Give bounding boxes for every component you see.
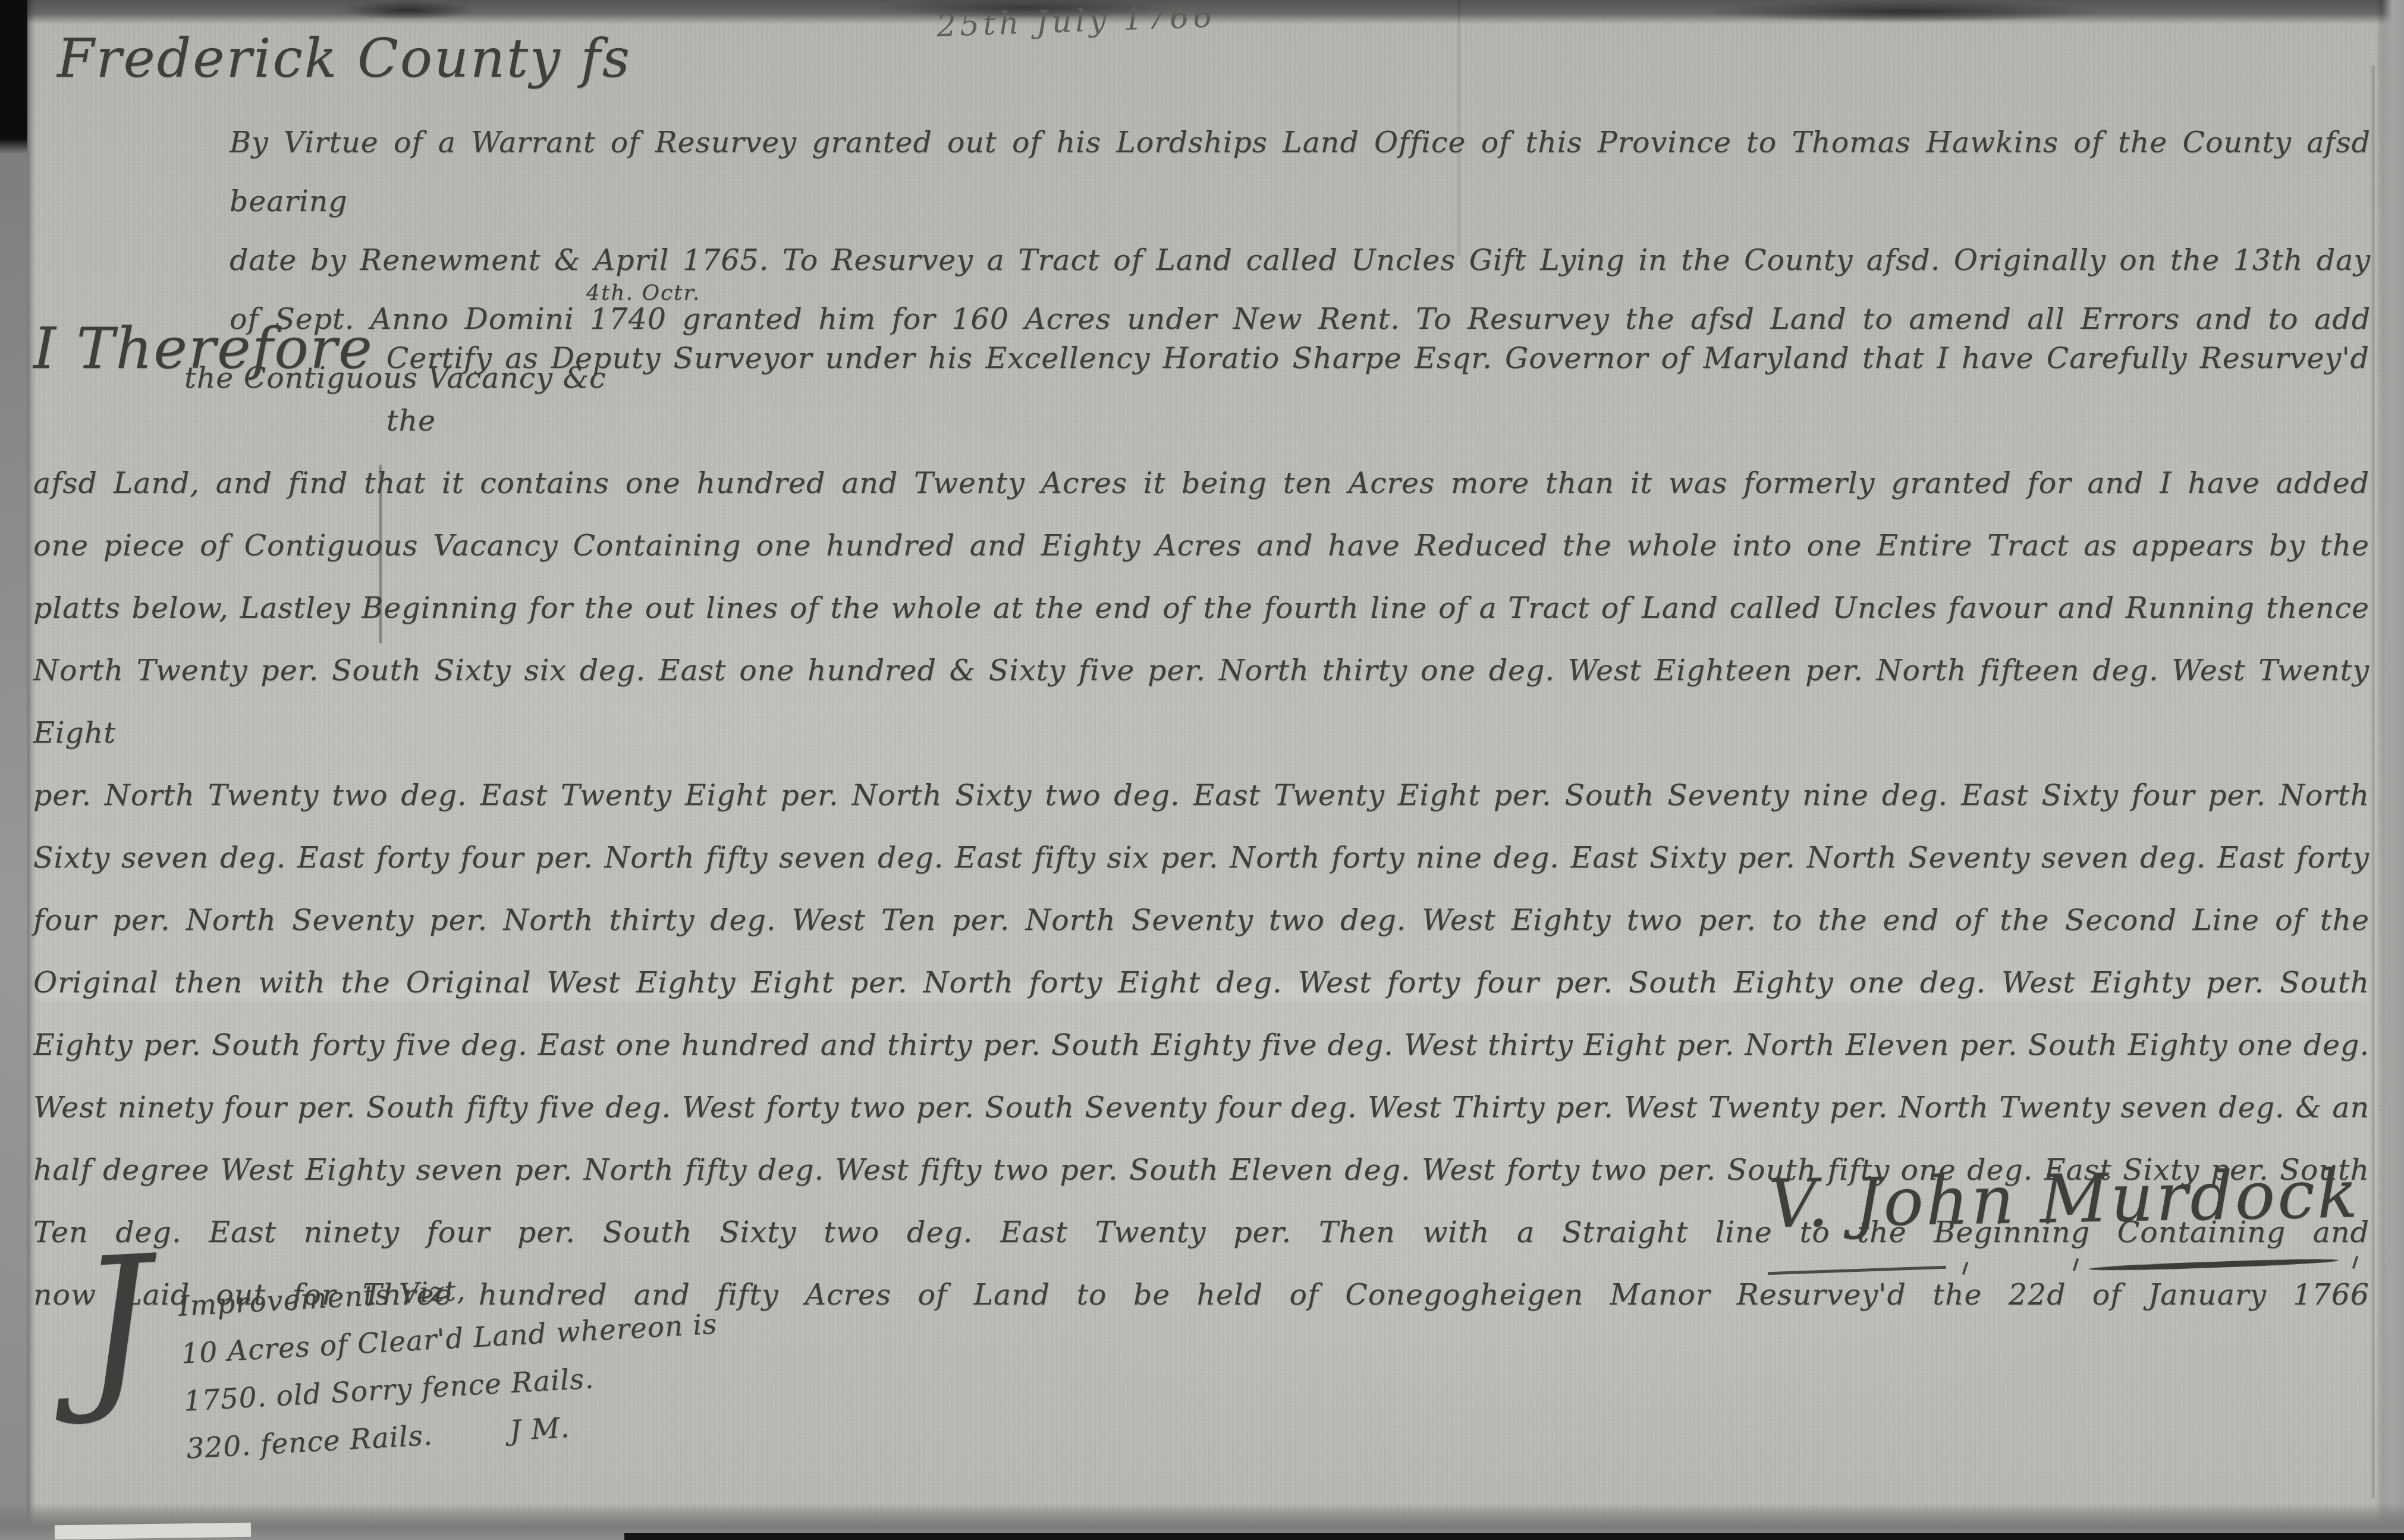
body-line: West ninety four per. South fifty five d… xyxy=(33,1076,2370,1139)
body-line: Certify as Deputy Surveyor under his Exc… xyxy=(386,327,2370,452)
body-lead-in: I Therefore xyxy=(33,318,373,380)
body-line: Original then with the Original West Eig… xyxy=(33,951,2370,1014)
signature-flourish xyxy=(1768,1256,2356,1282)
signature-flourish-stroke xyxy=(2089,1258,2339,1272)
body-line: Sixty seven deg. East forty four per. No… xyxy=(33,826,2370,889)
inserted-date-note: 4th. Octr. xyxy=(586,281,700,305)
paper-bottom-highlight xyxy=(55,1523,251,1540)
body-line: one piece of Contiguous Vacancy Containi… xyxy=(33,514,2370,577)
body-line: four per. North Seventy per. North thirt… xyxy=(33,889,2370,951)
preamble-line: By Virtue of a Warrant of Resurvey grant… xyxy=(230,113,2371,231)
body-first-line: I Therefore Certify as Deputy Surveyor u… xyxy=(33,318,2370,452)
paper-right-edge-line xyxy=(2372,65,2374,1498)
scan-edge-right xyxy=(2375,0,2404,1540)
surveyor-signature: V. John Murdock xyxy=(1768,1155,2361,1243)
body-line: Eighty per. South forty five deg. East o… xyxy=(33,1014,2370,1076)
body-line: platts below, Lastley Beginning for the … xyxy=(33,577,2370,639)
surveyor-initials: J M. xyxy=(508,1404,571,1456)
scan-edge-bottom-black xyxy=(624,1533,2404,1540)
improvements-flourish-initial: J xyxy=(76,1233,158,1415)
signature-flourish-tick xyxy=(1962,1262,1969,1275)
preamble-line: date by Renewment & April 1765. To Resur… xyxy=(230,231,2371,290)
county-heading: Frederick County fs xyxy=(57,27,631,90)
signature-flourish-tick xyxy=(2073,1258,2079,1271)
body-line: per. North Twenty two deg. East Twenty E… xyxy=(33,764,2370,826)
body-line: afsd Land, and find that it contains one… xyxy=(33,452,2370,514)
body-line: North Twenty per. South Sixty six deg. E… xyxy=(33,639,2370,764)
scan-edge-left xyxy=(0,0,27,1540)
signature-flourish-stroke xyxy=(1768,1266,1946,1275)
